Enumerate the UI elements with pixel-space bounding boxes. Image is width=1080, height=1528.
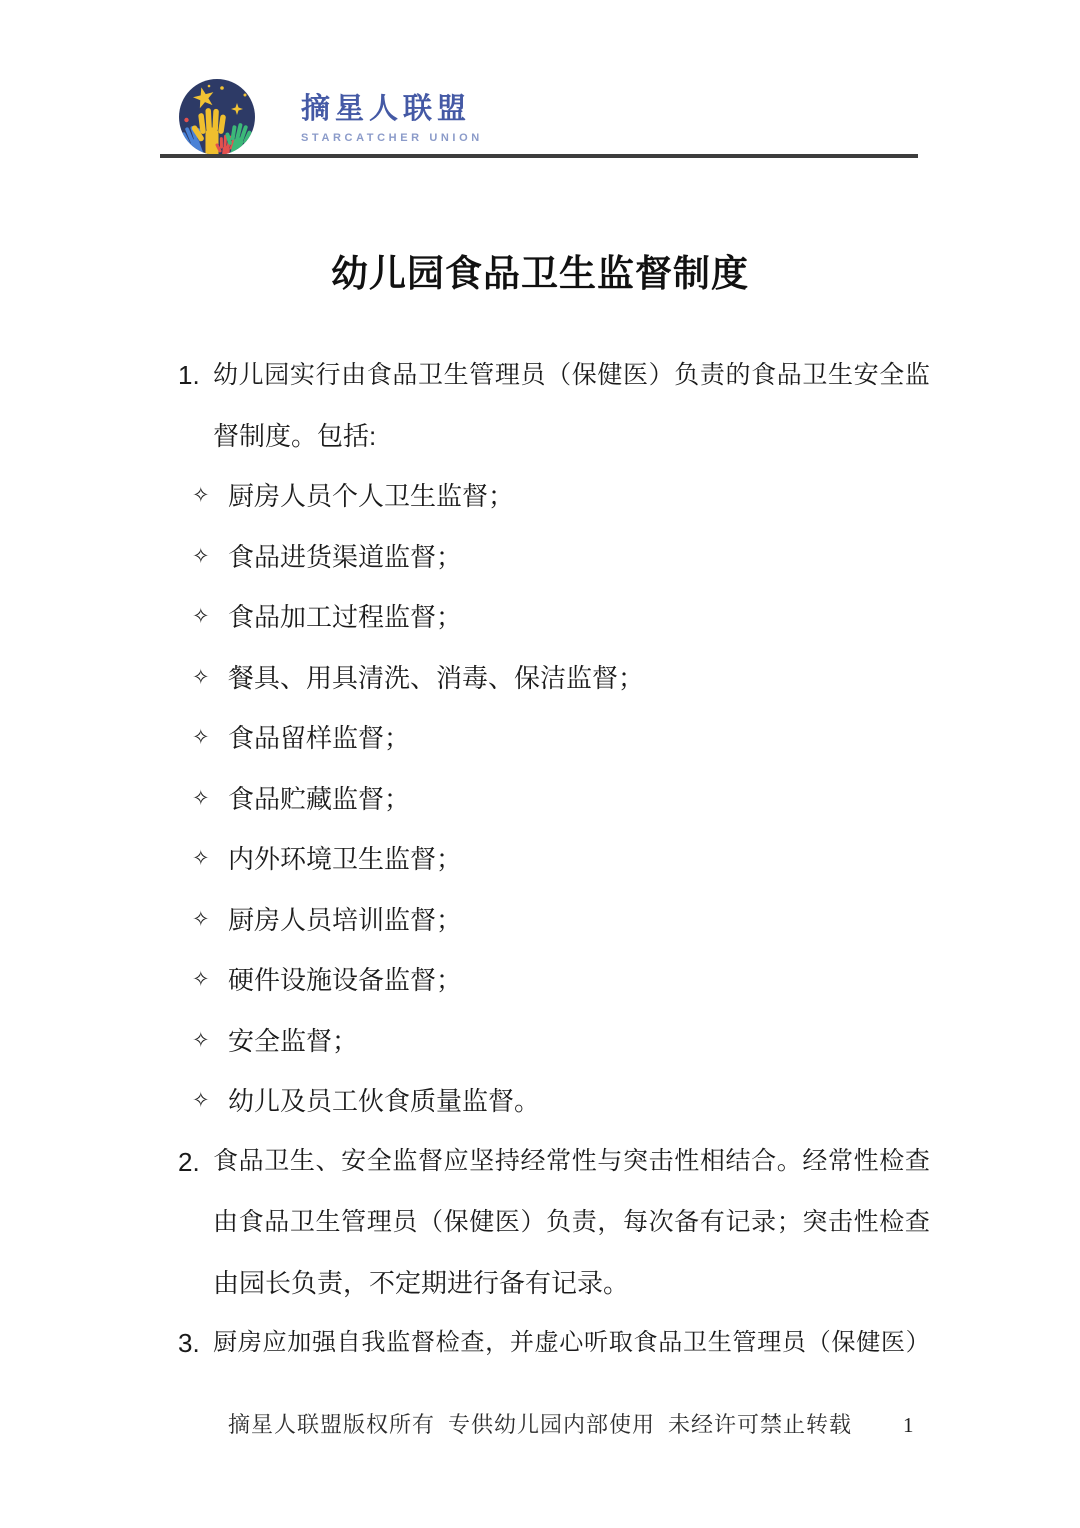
diamond-bullet-icon: ✧ (192, 1011, 210, 1072)
starcatcher-logo-icon (178, 78, 256, 156)
page-title: 幼儿园食品卫生监督制度 (0, 243, 1080, 297)
item-line: 幼儿园实行由食品卫生管理员（保健医）负责的食品卫生安全监 (213, 345, 930, 406)
numbered-list-item: 2.食品卫生、安全监督应坚持经常性与突击性相结合。经常性检查由食品卫生管理员（保… (178, 1132, 930, 1314)
diamond-bullet-icon: ✧ (192, 950, 210, 1011)
item-line: 由食品卫生管理员（保健医）负责，每次备有记录；突击性检查 (213, 1192, 930, 1253)
bullet-list-item: ✧食品加工过程监督； (178, 587, 930, 648)
diamond-bullet-icon: ✧ (192, 466, 210, 527)
bullet-list-item: ✧幼儿及员工伙食质量监督。 (178, 1071, 930, 1132)
bullet-list-item: ✧餐具、用具清洗、消毒、保洁监督； (178, 648, 930, 709)
bullet-list-item: ✧硬件设施设备监督； (178, 950, 930, 1011)
bullet-text: 食品留样监督； (228, 723, 410, 753)
numbered-list-item: 3.厨房应加强自我监督检查，并虚心听取食品卫生管理员（保健医） (178, 1313, 930, 1374)
numbered-list-item: 1.幼儿园实行由食品卫生管理员（保健医）负责的食品卫生安全监督制度。包括: (178, 345, 930, 466)
footer: 摘星人联盟版权所有 专供幼儿园内部使用 未经许可禁止转载 1 (0, 1408, 1080, 1448)
bullet-list-item: ✧食品进货渠道监督； (178, 527, 930, 588)
item-line: 厨房应加强自我监督检查，并虚心听取食品卫生管理员（保健医） (213, 1313, 930, 1374)
bullet-text: 食品进货渠道监督； (228, 542, 462, 572)
item-lines: 食品卫生、安全监督应坚持经常性与突击性相结合。经常性检查由食品卫生管理员（保健医… (213, 1132, 930, 1314)
bullet-list-item: ✧厨房人员培训监督； (178, 890, 930, 951)
brand-subtitle: STARCATCHER UNION (301, 133, 483, 144)
bullet-text: 硬件设施设备监督； (228, 965, 462, 995)
document-page: 摘星人联盟 STARCATCHER UNION 幼儿园食品卫生监督制度 1.幼儿… (0, 0, 1080, 1528)
bullet-text: 幼儿及员工伙食质量监督。 (228, 1086, 540, 1116)
item-line: 由园长负责，不定期进行备有记录。 (213, 1253, 930, 1314)
logo: 摘星人联盟 STARCATCHER UNION (178, 78, 483, 156)
bullet-text: 内外环境卫生监督； (228, 844, 462, 874)
diamond-bullet-icon: ✧ (192, 708, 210, 769)
item-number: 1. (178, 345, 213, 406)
bullet-text: 餐具、用具清洗、消毒、保洁监督； (228, 663, 644, 693)
page-number: 1 (903, 1408, 914, 1442)
bullet-list-item: ✧厨房人员个人卫生监督； (178, 466, 930, 527)
bullet-text: 食品加工过程监督； (228, 602, 462, 632)
diamond-bullet-icon: ✧ (192, 527, 210, 588)
bullet-list-item: ✧食品贮藏监督； (178, 769, 930, 830)
bullet-list-item: ✧内外环境卫生监督； (178, 829, 930, 890)
item-line: 督制度。包括: (213, 406, 930, 467)
diamond-bullet-icon: ✧ (192, 1071, 210, 1132)
item-lines: 厨房应加强自我监督检查，并虚心听取食品卫生管理员（保健医） (213, 1313, 930, 1374)
diamond-bullet-icon: ✧ (192, 829, 210, 890)
diamond-bullet-icon: ✧ (192, 587, 210, 648)
bullet-text: 安全监督； (228, 1026, 358, 1056)
brand-name: 摘星人联盟 (301, 94, 483, 126)
diamond-bullet-icon: ✧ (192, 890, 210, 951)
bullet-list-item: ✧安全监督； (178, 1011, 930, 1072)
item-number: 2. (178, 1132, 213, 1193)
bullet-text: 食品贮藏监督； (228, 784, 410, 814)
item-line: 食品卫生、安全监督应坚持经常性与突击性相结合。经常性检查 (213, 1132, 930, 1193)
diamond-bullet-icon: ✧ (192, 769, 210, 830)
diamond-bullet-icon: ✧ (192, 648, 210, 709)
item-number: 3. (178, 1313, 213, 1374)
header-divider (160, 154, 918, 158)
bullet-list-item: ✧食品留样监督； (178, 708, 930, 769)
content-list: 1.幼儿园实行由食品卫生管理员（保健医）负责的食品卫生安全监督制度。包括:✧厨房… (178, 345, 930, 1374)
bullet-text: 厨房人员培训监督； (228, 905, 462, 935)
bullet-text: 厨房人员个人卫生监督； (228, 481, 514, 511)
copyright-text: 摘星人联盟版权所有 专供幼儿园内部使用 未经许可禁止转载 (0, 1408, 1080, 1442)
item-lines: 幼儿园实行由食品卫生管理员（保健医）负责的食品卫生安全监督制度。包括: (213, 345, 930, 466)
brand-text: 摘星人联盟 STARCATCHER UNION (301, 94, 483, 144)
